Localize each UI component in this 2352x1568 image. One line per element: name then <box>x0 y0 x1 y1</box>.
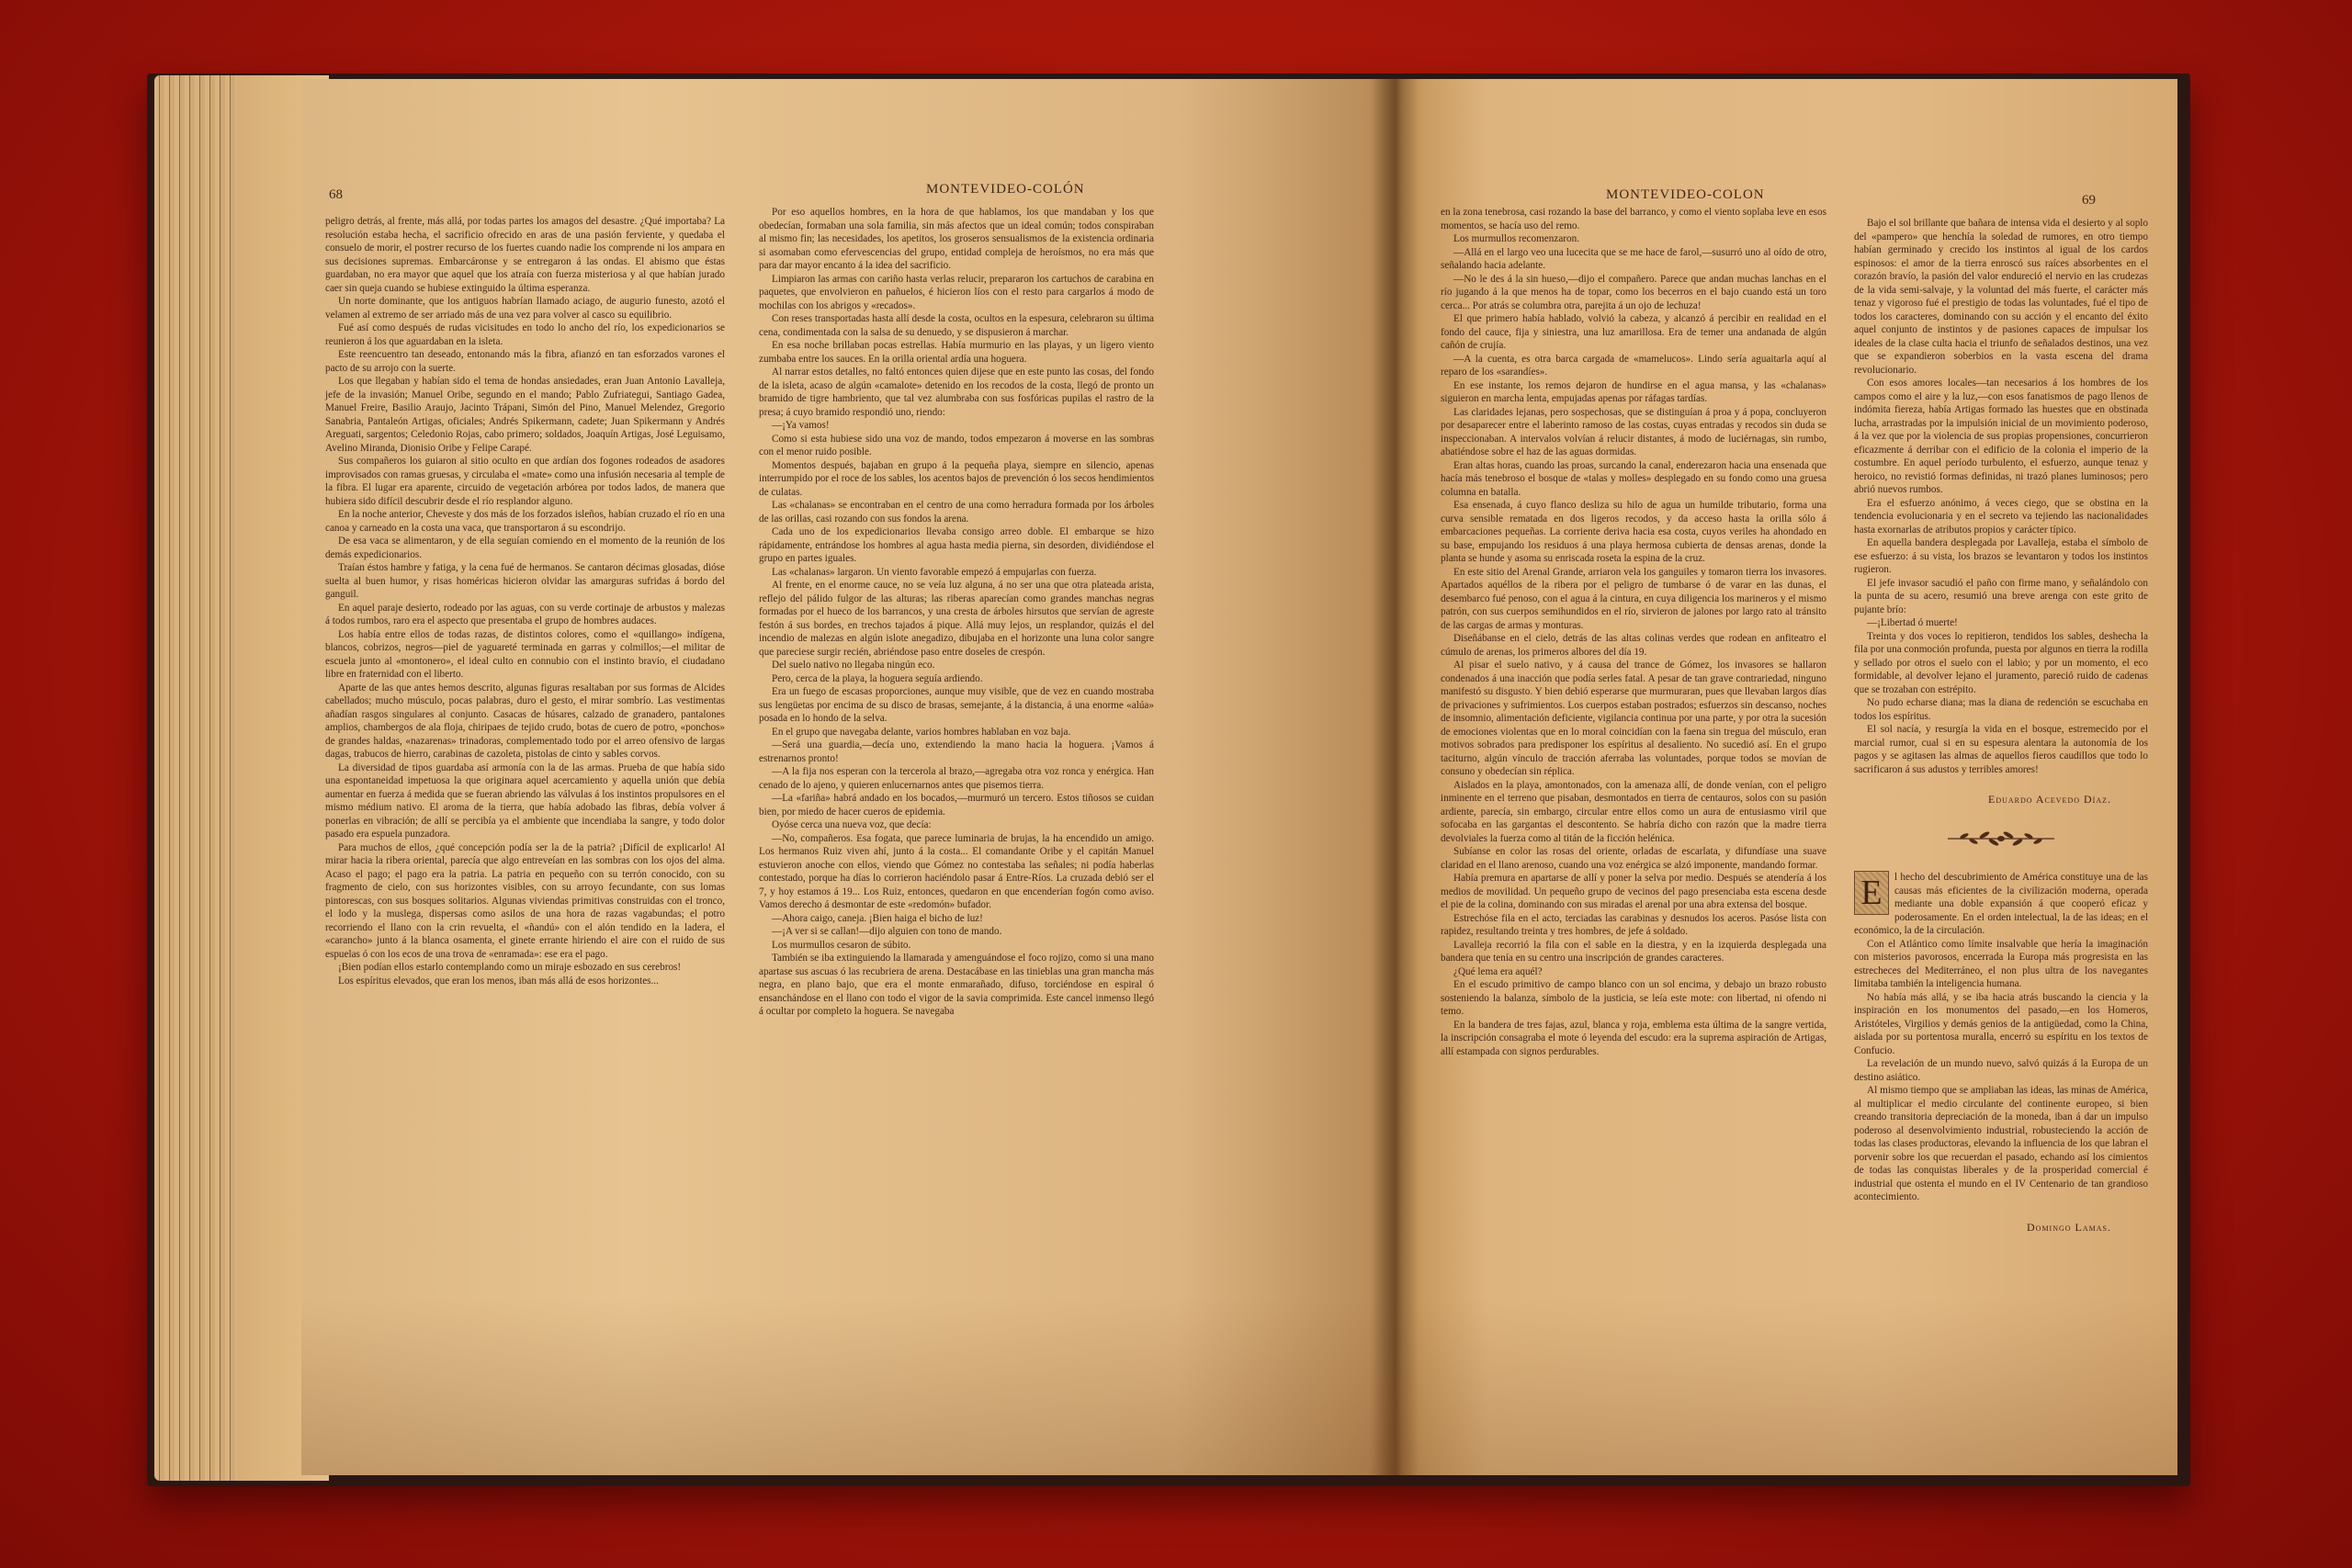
paragraph: Con reses transportadas hasta allí desde… <box>759 312 1154 339</box>
paragraph: Con el Atlántico como límite insalvable … <box>1854 938 2148 991</box>
vine-ornament-icon <box>1946 830 2056 847</box>
page-number-right: 69 <box>2082 193 2096 209</box>
paragraph: Bajo el sol brillante que bañara de inte… <box>1854 217 2148 377</box>
paragraph: Era el esfuerzo anónimo, á veces ciego, … <box>1854 497 2148 537</box>
paragraph: ¡Bien podían ellos estarlo contemplando … <box>325 961 725 975</box>
paragraph: Fué así como después de rudas vicisitude… <box>325 321 725 348</box>
paragraph: Diseñábanse en el cielo, detrás de las a… <box>1441 632 1826 659</box>
paragraph: —No, compañeros. Esa fogata, que parece … <box>759 832 1154 912</box>
paragraph: Era un fuego de escasas proporciones, au… <box>759 685 1154 726</box>
essay-1-end: Bajo el sol brillante que bañara de inte… <box>1854 217 2148 776</box>
paragraph: en la zona tenebrosa, casi rozando la ba… <box>1441 206 1826 232</box>
left-page: 68 MONTEVIDEO-COLÓN peligro detrás, al f… <box>301 79 1395 1475</box>
paragraph: Por eso aquellos hombres, en la hora de … <box>759 206 1154 273</box>
paragraph: Lavalleja recorrió la fila con el sable … <box>1441 939 1826 965</box>
paragraph: Oyóse cerca una nueva voz, que decía: <box>759 818 1154 832</box>
paragraph: peligro detrás, al frente, más allá, por… <box>325 215 725 295</box>
paragraph: ¿Qué lema era aquél? <box>1441 965 1826 979</box>
paragraph: Eran altas horas, cuando las proas, surc… <box>1441 459 1826 500</box>
paragraph: El jefe invasor sacudió el paño con firm… <box>1854 577 2148 617</box>
essay-2: El hecho del descubrimiento de América c… <box>1854 871 2148 1204</box>
paragraph: Al narrar estos detalles, no faltó enton… <box>759 366 1154 419</box>
paragraph: —¡Libertad ó muerte! <box>1854 616 2148 630</box>
paragraph: El que primero había hablado, volvió la … <box>1441 312 1826 353</box>
paragraph: Del suelo nativo no llegaba ningún eco. <box>759 659 1154 672</box>
paragraph: La revelación de un mundo nuevo, salvó q… <box>1854 1057 2148 1084</box>
left-page-column-2: Por eso aquellos hombres, en la hora de … <box>759 206 1154 1019</box>
page-number-left: 68 <box>329 187 343 203</box>
paragraph: En este sitio del Arenal Grande, arriaro… <box>1441 566 1826 633</box>
illuminated-dropcap: E <box>1854 871 1889 915</box>
paragraph: Al frente, en el enorme cauce, no se veí… <box>759 579 1154 659</box>
paragraph: En la noche anterior, Cheveste y dos más… <box>325 508 725 535</box>
paragraph: El sol nacía, y resurgía la vida en el b… <box>1854 723 2148 776</box>
paragraph: No pudo echarse diana; mas la diana de r… <box>1854 696 2148 723</box>
paragraph: —La «fariña» habrá andado en los bocados… <box>759 792 1154 818</box>
paragraph: —Ahora caigo, caneja. ¡Bien haiga el bic… <box>759 912 1154 926</box>
left-page-column-1: peligro detrás, al frente, más allá, por… <box>325 215 725 987</box>
paragraph: Para muchos de ellos, ¿qué concepción po… <box>325 841 725 962</box>
paragraph: En la bandera de tres fajas, azul, blanc… <box>1441 1019 1826 1059</box>
paragraph: Los espíritus elevados, que eran los men… <box>325 975 725 988</box>
essay-2-paragraphs: Con el Atlántico como límite insalvable … <box>1854 938 2148 1204</box>
running-head-right: MONTEVIDEO-COLON <box>1606 187 1765 203</box>
paragraph: Los había entre ellos de todas razas, de… <box>325 628 725 682</box>
essay-2-first-paragraph: l hecho del descubrimiento de América co… <box>1854 872 2148 936</box>
right-page-column-1: en la zona tenebrosa, casi rozando la ba… <box>1441 206 1826 1058</box>
open-book: 68 MONTEVIDEO-COLÓN peligro detrás, al f… <box>147 66 2194 1490</box>
paragraph: Los murmullos recomenzaron. <box>1441 232 1826 246</box>
paragraph: Había premura en apartarse de allí y pon… <box>1441 872 1826 912</box>
paragraph: Con esos amores locales—tan necesarios á… <box>1854 377 2148 497</box>
paragraph: Como si esta hubiese sido una voz de man… <box>759 433 1154 459</box>
paragraph: —A la cuenta, es otra barca cargada de «… <box>1441 353 1826 379</box>
paragraph: La diversidad de tipos guardaba así armo… <box>325 761 725 841</box>
paragraph: En ese instante, los remos dejaron de hu… <box>1441 379 1826 406</box>
right-page: MONTEVIDEO-COLON 69 en la zona tenebrosa… <box>1395 79 2177 1475</box>
paragraph: Las «chalanas» largaron. Un viento favor… <box>759 566 1154 580</box>
paragraph: —Será una guardia,—decía uno, extendiend… <box>759 739 1154 765</box>
paragraph: Limpiaron las armas con cariño hasta ver… <box>759 273 1154 313</box>
paragraph: —¡A ver si se callan!—dijo alguien con t… <box>759 925 1154 939</box>
paragraph: Aislados en la playa, amontonados, con l… <box>1441 779 1826 846</box>
paragraph: Traían éstos hambre y fatiga, y la cena … <box>325 561 725 602</box>
paragraph: No había más allá, y se iba hacia atrás … <box>1854 991 2148 1058</box>
paragraph: —Allá en el largo veo una lucecita que s… <box>1441 246 1826 273</box>
paragraph: Pero, cerca de la playa, la hoguera segu… <box>759 672 1154 686</box>
paragraph: Este reencuentro tan deseado, entonando … <box>325 348 725 375</box>
paragraph: De esa vaca se alimentaron, y de ella se… <box>325 535 725 561</box>
ornamental-divider <box>1854 830 2148 852</box>
paragraph: Sus compañeros los guiaron al sitio ocul… <box>325 455 725 508</box>
paragraph: Cada uno de los expedicionarios llevaba … <box>759 525 1154 566</box>
paragraph: En aquel paraje desierto, rodeado por la… <box>325 602 725 628</box>
paragraph: Un norte dominante, que los antiguos hab… <box>325 295 725 321</box>
paragraph: En el escudo primitivo de campo blanco c… <box>1441 978 1826 1019</box>
paragraph: Momentos después, bajaban en grupo á la … <box>759 459 1154 500</box>
paragraph: Los que llegaban y habían sido el tema d… <box>325 375 725 455</box>
paragraph: En aquella bandera desplegada por Lavall… <box>1854 536 2148 577</box>
paragraph: También se iba extinguiendo la llamarada… <box>759 952 1154 1019</box>
paragraph: Treinta y dos voces lo repitieron, tendi… <box>1854 630 2148 697</box>
paragraph: Subíanse en color las rosas del oriente,… <box>1441 845 1826 872</box>
paragraph: Estrechóse fila en el acto, terciadas la… <box>1441 912 1826 939</box>
paragraph: Los murmullos cesaron de súbito. <box>759 939 1154 953</box>
running-head-left: MONTEVIDEO-COLÓN <box>926 182 1085 197</box>
paragraph: Esa ensenada, á cuyo flanco desliza su h… <box>1441 499 1826 566</box>
author-signature-2: Domingo Lamas. <box>1854 1221 2148 1235</box>
paragraph: Al mismo tiempo que se ampliaban las ide… <box>1854 1084 2148 1204</box>
author-signature-1: Eduardo Acevedo Díaz. <box>1854 793 2148 807</box>
paragraph: Las «chalanas» se encontraban en el cent… <box>759 499 1154 525</box>
paragraph: Las claridades lejanas, pero sospechosas… <box>1441 406 1826 459</box>
paragraph: —No le des á la sin hueso,—dijo el compa… <box>1441 273 1826 313</box>
paragraph: Aparte de las que antes hemos descrito, … <box>325 682 725 761</box>
right-page-column-2: Bajo el sol brillante que bañara de inte… <box>1854 217 2148 1234</box>
paragraph: Al pisar el suelo nativo, y á causa del … <box>1441 659 1826 779</box>
paragraph: —A la fija nos esperan con la tercerola … <box>759 765 1154 792</box>
paragraph: En el grupo que navegaba delante, varios… <box>759 726 1154 739</box>
paragraph: En esa noche brillaban pocas estrellas. … <box>759 339 1154 366</box>
paragraph: —¡Ya vamos! <box>759 419 1154 433</box>
